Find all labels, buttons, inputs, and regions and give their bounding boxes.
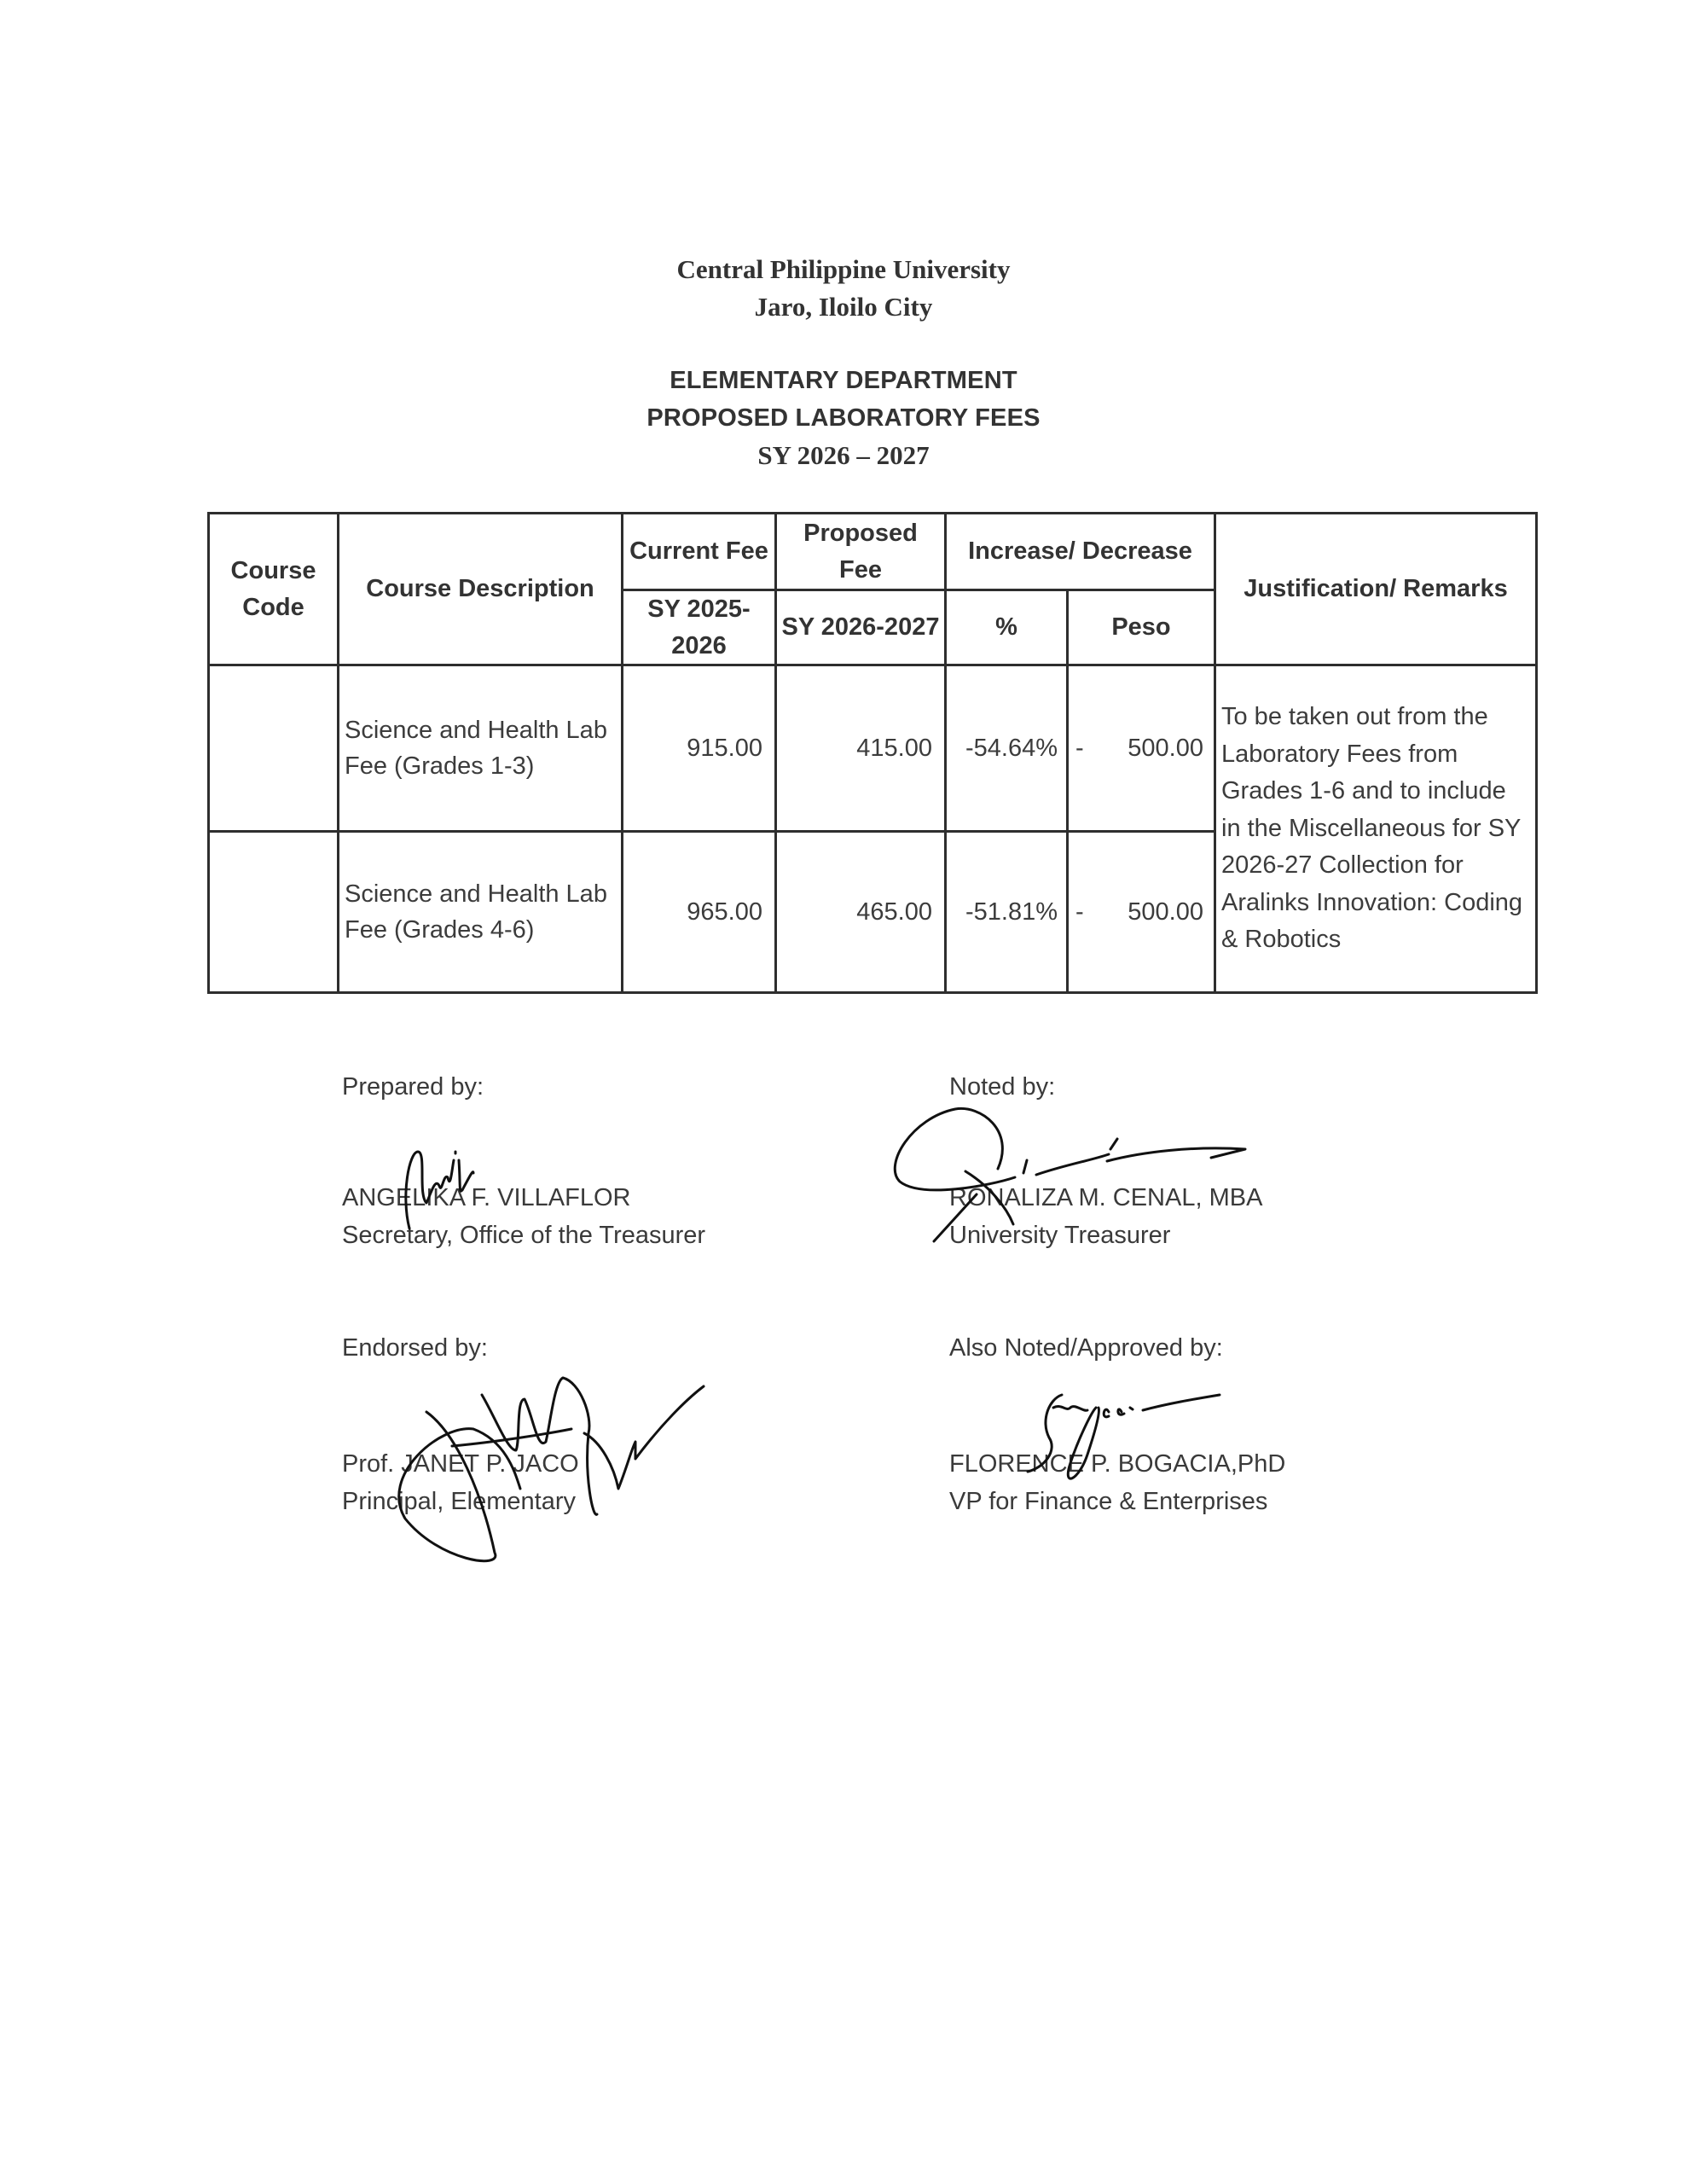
row1-peso-value: 500.00: [1128, 730, 1203, 766]
header-current-fee: Current Fee: [621, 512, 777, 591]
row1-course-code: [207, 664, 339, 833]
row2-peso-value: 500.00: [1128, 894, 1203, 930]
row2-peso-sign: -: [1075, 894, 1084, 930]
prepared-name: ANGELIKA F. VILLAFLOR: [342, 1179, 705, 1217]
row2-percent: -51.81%: [944, 830, 1069, 994]
endorsed-position: Principal, Elementary: [342, 1483, 579, 1520]
row1-peso-sign: -: [1075, 730, 1084, 766]
header-course-description: Course Description: [337, 512, 623, 666]
row2-peso: - 500.00: [1066, 830, 1216, 994]
approved-label: Also Noted/Approved by:: [949, 1329, 1285, 1367]
fees-table: Course Code Course Description Current F…: [207, 512, 1538, 994]
prepared-position: Secretary, Office of the Treasurer: [342, 1217, 705, 1254]
university-name: Central Philippine University: [0, 254, 1687, 285]
approved-position: VP for Finance & Enterprises: [949, 1483, 1285, 1520]
noted-name: RONALIZA M. CENAL, MBA: [949, 1179, 1262, 1217]
row2-course-description: Science and Health Lab Fee (Grades 4-6): [337, 830, 623, 994]
header-current-fee-sy: SY 2025-2026: [621, 589, 777, 666]
header-peso: Peso: [1066, 589, 1216, 666]
signature-block-prepared: Prepared by: ANGELIKA F. VILLAFLOR Secre…: [342, 1068, 705, 1254]
noted-label: Noted by:: [949, 1068, 1262, 1106]
signature-block-approved: Also Noted/Approved by: FLORENCE P. BOGA…: [949, 1329, 1285, 1520]
header-increase-decrease: Increase/ Decrease: [944, 512, 1216, 591]
header-proposed-fee-sy: SY 2026-2027: [774, 589, 947, 666]
endorsed-label: Endorsed by:: [342, 1329, 579, 1367]
signature-block-noted: Noted by: RONALIZA M. CENAL, MBA Univers…: [949, 1068, 1262, 1254]
justification-remarks: To be taken out from the Laboratory Fees…: [1214, 664, 1538, 994]
approved-name: FLORENCE P. BOGACIA,PhD: [949, 1445, 1285, 1483]
header-justification: Justification/ Remarks: [1214, 512, 1538, 666]
endorsed-name: Prof. JANET P. JACO: [342, 1445, 579, 1483]
row2-proposed-fee: 465.00: [774, 830, 947, 994]
row1-proposed-fee: 415.00: [774, 664, 947, 833]
signature-block-endorsed: Endorsed by: Prof. JANET P. JACO Princip…: [342, 1329, 579, 1520]
row1-percent: -54.64%: [944, 664, 1069, 833]
row2-course-code: [207, 830, 339, 994]
header-proposed-fee: Proposed Fee: [774, 512, 947, 591]
department-title: ELEMENTARY DEPARTMENT: [0, 367, 1687, 395]
row1-course-description: Science and Health Lab Fee (Grades 1-3): [337, 664, 623, 833]
row1-peso: - 500.00: [1066, 664, 1216, 833]
header-percent: %: [944, 589, 1069, 666]
document-title: PROPOSED LABORATORY FEES: [0, 404, 1687, 433]
university-location: Jaro, Iloilo City: [0, 292, 1687, 322]
prepared-label: Prepared by:: [342, 1068, 705, 1106]
noted-position: University Treasurer: [949, 1217, 1262, 1254]
row2-current-fee: 965.00: [621, 830, 777, 994]
school-year: SY 2026 – 2027: [0, 440, 1687, 471]
row1-current-fee: 915.00: [621, 664, 777, 833]
header-course-code: Course Code: [207, 512, 339, 666]
